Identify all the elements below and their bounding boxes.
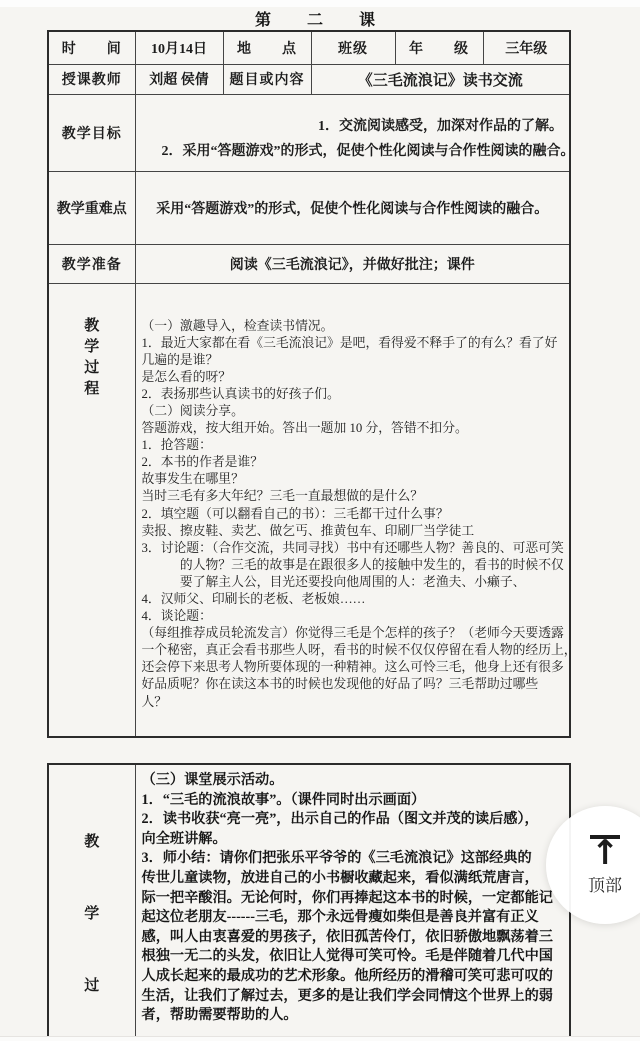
process-line: 4．谈论题： [142, 608, 570, 625]
place-label: 地 点 [223, 31, 311, 64]
process-line: （每组推荐成员轮流发言）你觉得三毛是个怎样的孩子？（老师今天要透露 [142, 625, 570, 642]
goal-content: 1．交流阅读感受，加深对作品的了解。 2．采用“答题游戏”的形式，促使个性化阅读… [135, 94, 570, 171]
teacher-value: 刘超 侯倩 [135, 64, 223, 94]
process-table-2-wrapper: 教学过 （三）课堂展示活动。1．“三毛的流浪故事”。（课件同时出示画面）2．读书… [0, 763, 640, 1041]
process-line: 2．本书的作者是谁？ [142, 454, 570, 471]
grade-value: 三年级 [483, 31, 570, 64]
process-line: （三）课堂展示活动。 [142, 771, 570, 791]
preparation-label: 教学准备 [48, 244, 135, 283]
process-line: （一）激趣导入，检查读书情况。 [142, 318, 570, 335]
process2-content: （三）课堂展示活动。1．“三毛的流浪故事”。（课件同时出示画面）2．读书收获“亮… [135, 764, 570, 1041]
table-row: 教学过程 （一）激趣导入，检查读书情况。1．最近大家都在看《三毛流浪记》是吧，看… [48, 283, 570, 737]
process-line: 1．最近大家都在看《三毛流浪记》是吧，看得爱不释手了的有么？看了好 [142, 335, 570, 352]
teacher-label: 授课教师 [48, 64, 135, 94]
process-line: 生活，让我们了解过去，更多的是让我们学会同情这个世界上的弱 [142, 987, 570, 1007]
page-title: 第 二 课 [0, 7, 640, 30]
table-row: 教学准备 阅读《三毛流浪记》，并做好批注；课件 [48, 244, 570, 283]
process-line: 2．填空题（可以翻看自己的书）：三毛都干过什么事？ [142, 506, 570, 523]
key-points-label: 教学重难点 [48, 171, 135, 244]
process2-vertical-label: 教学过 [48, 764, 135, 1041]
process-line: （二）阅读分享。 [142, 403, 570, 420]
process-label-chars: 教学过程 [49, 284, 135, 428]
process-line: 好品质呢？你在读这本书的时候也发现他的好品了吗？三毛帮助过哪些 [142, 676, 570, 693]
table-row: 授课教师 刘超 侯倩 题目或内容 《三毛流浪记》读书交流 [48, 64, 570, 94]
process-line: 1．抢答题： [142, 437, 570, 454]
process-line: 几遍的是谁？ [142, 352, 570, 369]
lesson-info-table: 时 间 10月14日 地 点 班级 年 级 三年级 授课教师 刘超 侯倩 题目或… [47, 30, 571, 738]
process-line: 人成长起来的最成功的艺术形象。他所经历的滑稽可笑可悲可叹的 [142, 967, 570, 987]
process-label-char: 学 [84, 902, 99, 923]
process-line: 3．师小结：请你们把张乐平爷爷的《三毛流浪记》这部经典的 [142, 849, 570, 869]
goal-label: 教学目标 [48, 94, 135, 171]
process-content: （一）激趣导入，检查读书情况。1．最近大家都在看《三毛流浪记》是吧，看得爱不释手… [135, 283, 570, 737]
table-row: 教学目标 1．交流阅读感受，加深对作品的了解。 2．采用“答题游戏”的形式，促使… [48, 94, 570, 171]
process2-lines: （三）课堂展示活动。1．“三毛的流浪故事”。（课件同时出示画面）2．读书收获“亮… [142, 771, 570, 1026]
arrow-up-to-top-icon: ↑ [590, 835, 620, 869]
process-line: 传世儿童读物，放进自己的小书橱收藏起来，看似满纸荒唐言， [142, 869, 570, 889]
process-line: 当时三毛有多大年纪？三毛一直最想做的是什么？ [142, 488, 570, 505]
process-line: 起这位老朋友------三毛，那个永远骨瘦如柴但是善良并富有正义 [142, 908, 570, 928]
process-line: 向全班讲解。 [142, 830, 570, 850]
process-line: 感，叫人由衷喜爱的男孩子，依旧孤苦伶仃，依旧骄傲地飘荡着三 [142, 928, 570, 948]
goal-line-1: 1．交流阅读感受，加深对作品的了解。 [142, 115, 566, 135]
topic-value: 《三毛流浪记》读书交流 [311, 64, 570, 94]
process-line: 者，帮助需要帮助的人。 [142, 1006, 570, 1026]
process-line: 卖报、擦皮鞋、卖艺、做乞丐、推黄包车、印刷厂当学徒工 [142, 523, 570, 540]
time-value: 10月14日 [135, 31, 223, 64]
process-label-char: 程 [84, 377, 99, 398]
process-table-2: 教学过 （三）课堂展示活动。1．“三毛的流浪故事”。（课件同时出示画面）2．读书… [47, 763, 571, 1041]
topic-label: 题目或内容 [223, 64, 311, 94]
key-points-value: 采用“答题游戏”的形式，促使个性化阅读与合作性阅读的融合。 [135, 171, 570, 244]
process-line: 一个秘密，真正会看书那些人呀，看书的时候不仅仅停留在看人物的经历上， [142, 642, 570, 659]
page-top-strip [0, 0, 640, 7]
process-label-char: 教 [84, 314, 99, 335]
grade-label: 年 级 [395, 31, 483, 64]
goal-line-2: 2．采用“答题游戏”的形式，促使个性化阅读与合作性阅读的融合。 [142, 140, 566, 160]
time-label: 时 间 [48, 31, 135, 64]
process-line: 要了解主人公，目光还要投向他周围的人：老渔夫、小癞子、 [142, 574, 570, 591]
process-line: 1．“三毛的流浪故事”。（课件同时出示画面） [142, 791, 570, 811]
process-line: 人？ [142, 694, 570, 711]
process-line: 答题游戏，按大组开始。答出一题加 10 分，答错不扣分。 [142, 420, 570, 437]
table-row: 教学重难点 采用“答题游戏”的形式，促使个性化阅读与合作性阅读的融合。 [48, 171, 570, 244]
process-line: 还会停下来思考人物所要体现的一种精神。这么可怜三毛，他身上还有很多 [142, 659, 570, 676]
process-line: 故事发生在哪里？ [142, 471, 570, 488]
process-vertical-label: 教学过程 [48, 283, 135, 737]
process-lines: （一）激趣导入，检查读书情况。1．最近大家都在看《三毛流浪记》是吧，看得爱不释手… [142, 318, 570, 711]
page-bottom-strip [0, 1036, 640, 1041]
document-page: { "page": { "title": "第 二 课" }, "info_ta… [0, 0, 640, 1041]
process-line: 4．汉师父、印刷长的老板、老板娘…… [142, 591, 570, 608]
process-label-char: 教 [84, 830, 99, 851]
table-row: 教学过 （三）课堂展示活动。1．“三毛的流浪故事”。（课件同时出示画面）2．读书… [48, 764, 570, 1041]
table-row: 时 间 10月14日 地 点 班级 年 级 三年级 [48, 31, 570, 64]
process2-label-chars: 教学过 [49, 765, 135, 1040]
back-to-top-label: 顶部 [588, 871, 622, 896]
process-line: 是怎么看的呀？ [142, 369, 570, 386]
process-line: 3．讨论题：（合作交流，共同寻找）书中有还哪些人物？善良的、可恶可笑 [142, 540, 570, 557]
process-line: 的人物？三毛的故事是在跟很多人的接触中发生的，看书的时候不仅 [142, 557, 570, 574]
process-line: 际一把辛酸泪。无论何时，你们再捧起这本书的时候，一定都能记 [142, 889, 570, 909]
preparation-value: 阅读《三毛流浪记》，并做好批注；课件 [135, 244, 570, 283]
class-label: 班级 [311, 31, 395, 64]
process-label-char: 过 [84, 974, 99, 995]
process-label-char: 过 [84, 356, 99, 377]
process-line: 2．读书收获“亮一亮”，出示自己的作品（图文并茂的读后感）， [142, 810, 570, 830]
process-line: 根独一无二的头发，依旧让人觉得可笑可怜。毛是伴随着几代中国 [142, 947, 570, 967]
process-line: 2．表扬那些认真读书的好孩子们。 [142, 386, 570, 403]
process-label-char: 学 [84, 335, 99, 356]
